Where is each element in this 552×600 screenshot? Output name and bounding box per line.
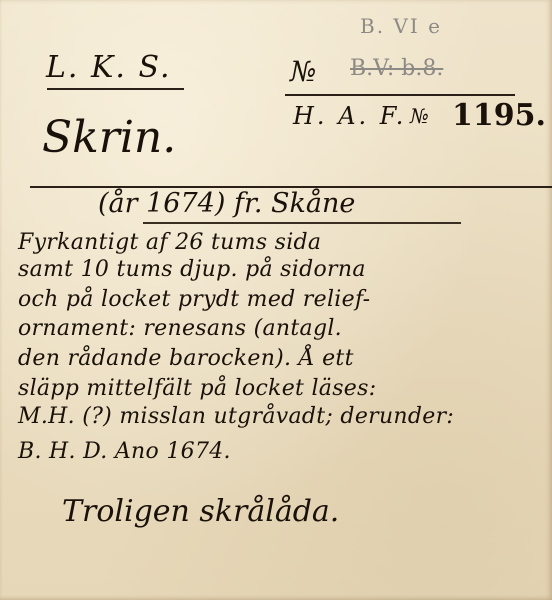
pencil-classification: B. VI e: [360, 14, 442, 38]
catalog-card: L. K. S. B. VI e № B.V: b.8. H. A. F. № …: [0, 0, 552, 600]
description-line: Fyrkantigt af 26 tums sida: [18, 230, 321, 255]
haf-number: 1195.: [452, 98, 546, 133]
haf-number-prefix: №: [410, 104, 429, 128]
year-and-provenance: (år 1674) fr. Skåne: [98, 188, 355, 219]
old-number-struck: B.V: b.8.: [350, 56, 443, 81]
object-title: Skrin.: [42, 112, 176, 163]
haf-label: H. A. F.: [293, 102, 406, 130]
description-line: samt 10 tums djup. på sidorna: [18, 257, 366, 282]
description-line: och på locket prydt med relief-: [18, 287, 370, 312]
collection-mark-underline: [47, 88, 184, 90]
number-prefix: №: [290, 55, 317, 88]
description-line: M.H. (?) misslan utgråvadt; derunder:: [18, 404, 454, 429]
description-line: den rådande barocken). Å ett: [18, 346, 354, 371]
description-line: B. H. D. Ano 1674.: [18, 439, 231, 464]
collection-mark: L. K. S.: [46, 50, 172, 85]
description-line: ornament: renesans (antagl.: [18, 316, 342, 341]
conclusion-note: Troligen skrålåda.: [62, 494, 339, 529]
description-line: släpp mittelfält på locket läses:: [18, 376, 376, 401]
year-underline: [143, 222, 461, 224]
number-underline: [285, 94, 515, 96]
